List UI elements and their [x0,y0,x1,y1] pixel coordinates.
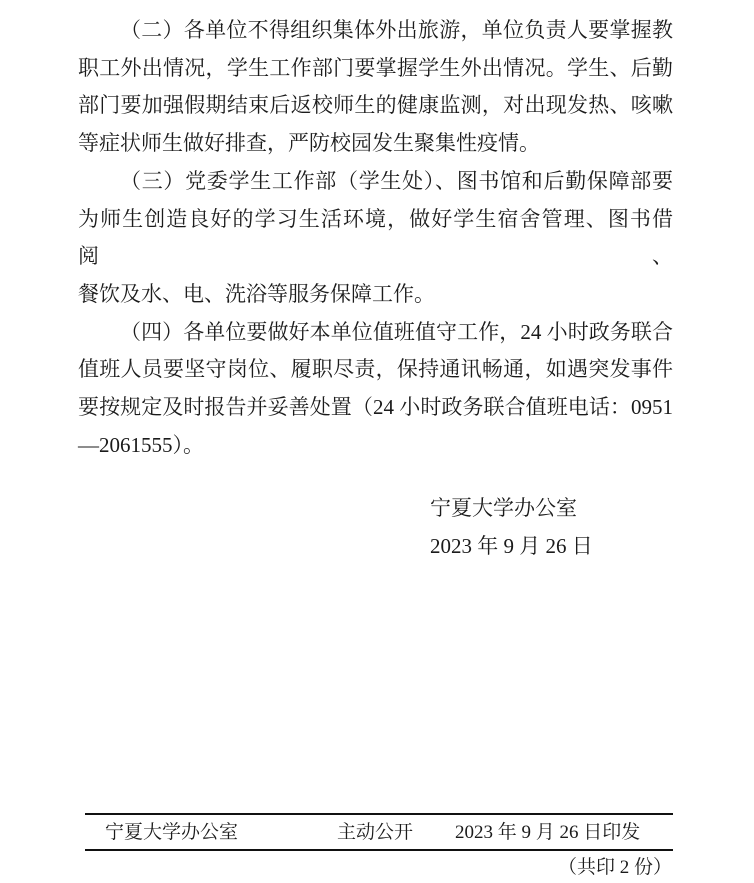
body-line: （三）党委学生工作部（学生处）、图书馆和后勤保障部要 [78,163,673,201]
footer-print-date: 2023 年 9 月 26 日印发 [455,820,640,846]
footer-top-rule [85,813,673,815]
footer-bottom-rule [85,849,673,851]
body-line: —2061555）。 [78,427,673,465]
body-line: 等症状师生做好排查，严防校园发生聚集性疫情。 [78,125,673,163]
body-line: （四）各单位要做好本单位值班值守工作，24 小时政务联合 [78,314,673,352]
body-line: （二）各单位不得组织集体外出旅游，单位负责人要掌握教 [78,12,673,50]
footer-issuer: 宁夏大学办公室 [105,820,238,846]
body-line: 部门要加强假期结束后返校师生的健康监测，对出现发热、咳嗽 [78,87,673,125]
body-line: 餐饮及水、电、洗浴等服务保障工作。 [78,276,673,314]
body-line: 职工外出情况，学生工作部门要掌握学生外出情况。学生、后勤 [78,50,673,88]
body-line: 为师生创造良好的学习生活环境，做好学生宿舍管理、图书借阅、 [78,201,673,276]
footer-disclosure-label: 主动公开 [337,820,413,846]
document-page: （二）各单位不得组织集体外出旅游，单位负责人要掌握教职工外出情况，学生工作部门要… [0,0,754,883]
signature-block: 宁夏大学办公室 2023 年 9 月 26 日 [430,490,593,565]
footer-copies-count: （共印 2 份） [558,855,672,881]
document-body: （二）各单位不得组织集体外出旅游，单位负责人要掌握教职工外出情况，学生工作部门要… [78,12,673,464]
body-line: 要按规定及时报告并妥善处置（24 小时政务联合值班电话：0951 [78,389,673,427]
body-line: 值班人员要坚守岗位、履职尽责，保持通讯畅通，如遇突发事件 [78,351,673,389]
signature-date: 2023 年 9 月 26 日 [430,528,593,566]
signature-org: 宁夏大学办公室 [430,490,593,528]
